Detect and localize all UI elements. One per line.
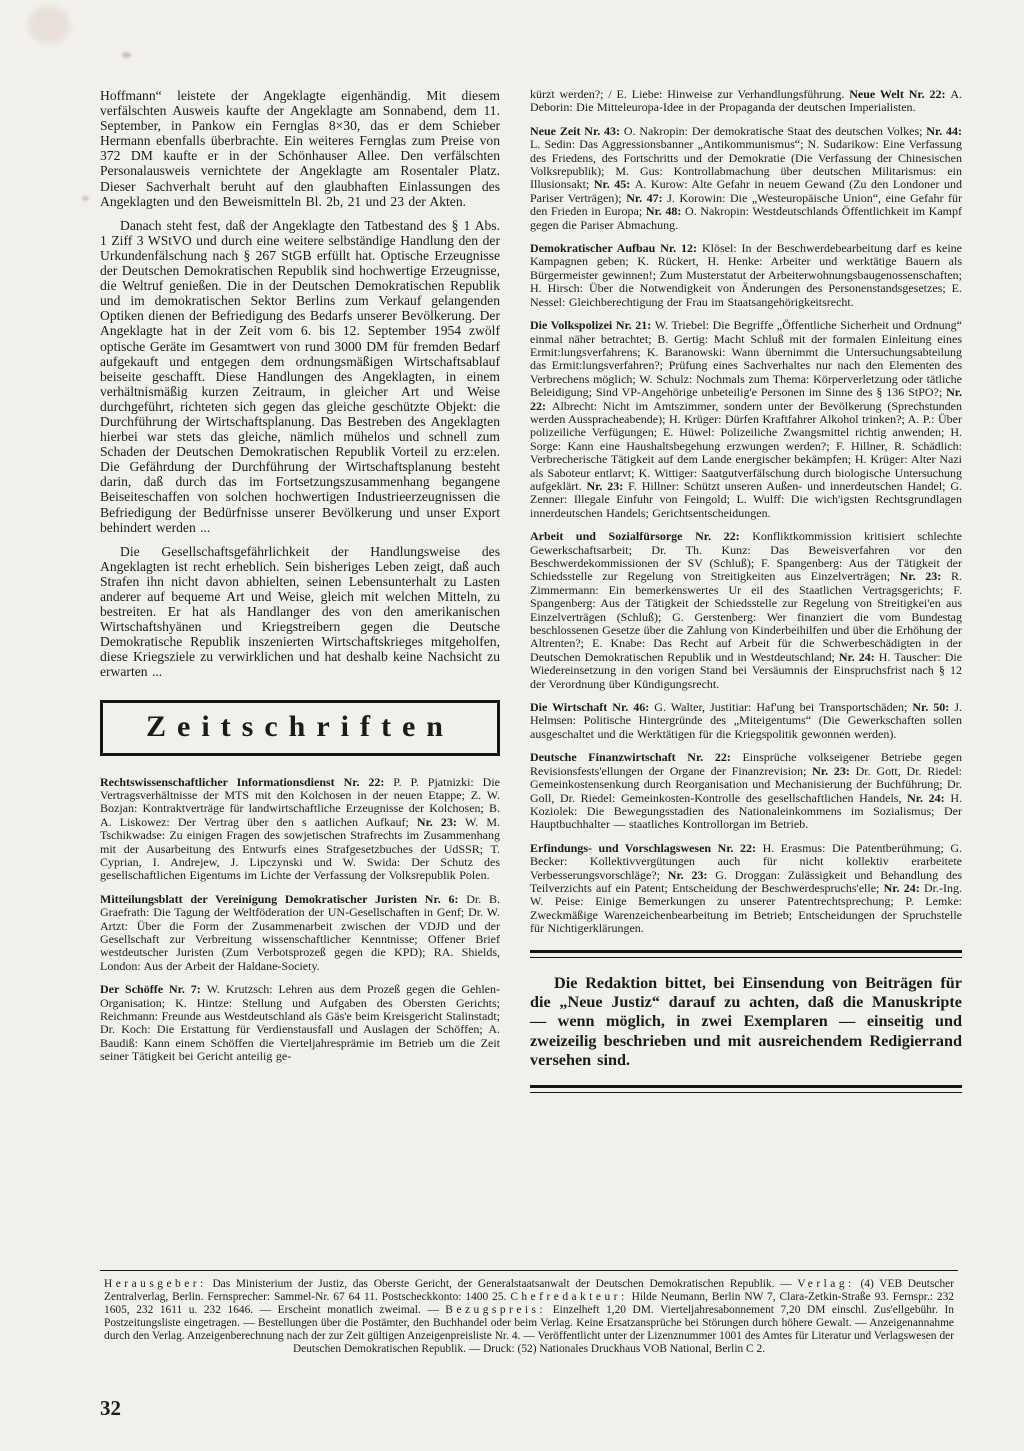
journal-entry: Mitteilungsblatt der Vereinigung Demokra…	[100, 893, 500, 973]
editorial-notice: Die Redaktion bittet, bei Einsendung von…	[530, 974, 962, 1071]
text-segment: Die Wirtschaft Nr. 46:	[530, 700, 654, 714]
journal-entry: Die Volkspolizei Nr. 21: W. Triebel: Die…	[530, 319, 962, 520]
journal-entry: Die Wirtschaft Nr. 46: G. Walter, Justit…	[530, 701, 962, 741]
right-column: kürzt werden?; / E. Liebe: Hinweise zur …	[530, 88, 962, 1093]
text-segment: Verlag:	[797, 1278, 854, 1290]
text-segment: G. Walter, Justitiar: Haf'ung bei Transp…	[654, 700, 912, 714]
journal-entries-right: kürzt werden?; / E. Liebe: Hinweise zur …	[530, 88, 962, 936]
text-segment: Die Volkspolizei Nr. 21:	[530, 318, 655, 332]
journal-page: Hoffmann“ leistete der Angeklagte eigenh…	[0, 0, 1024, 1451]
text-segment: Neue Zeit Nr. 43:	[530, 124, 624, 138]
text-segment: Nr. 50:	[912, 700, 954, 714]
text-segment: Nr. 24:	[907, 791, 950, 805]
section-title: Zeitschriften	[146, 710, 454, 743]
text-segment: Nr. 24:	[884, 881, 924, 895]
journal-entry: kürzt werden?; / E. Liebe: Hinweise zur …	[530, 88, 962, 115]
text-segment: Demokratischer Aufbau Nr. 12:	[530, 241, 702, 255]
scan-smudge	[122, 52, 131, 58]
journal-entry: Der Schöffe Nr. 7: W. Krutzsch: Lehren a…	[100, 983, 500, 1063]
journal-entry: Neue Zeit Nr. 43: O. Nakropin: Der demok…	[530, 125, 962, 232]
two-column-layout: Hoffmann“ leistete der Angeklagte eigenh…	[100, 88, 962, 1093]
judgment-paragraph: Hoffmann“ leistete der Angeklagte eigenh…	[100, 88, 500, 209]
judgment-text-block: Hoffmann“ leistete der Angeklagte eigenh…	[100, 88, 500, 680]
journal-entry: Rechtswissenschaftlicher Informationsdie…	[100, 776, 500, 883]
text-segment: Arbeit und Sozialfürsorge Nr. 22:	[530, 529, 752, 543]
text-segment: Nr. 23:	[668, 868, 716, 882]
text-segment: Nr. 45:	[594, 177, 635, 191]
zeitschriften-section-box: Zeitschriften	[100, 700, 500, 756]
imprint-rule	[100, 1270, 958, 1271]
text-segment: Der Schöffe Nr. 7:	[100, 982, 207, 996]
text-segment: Nr. 23:	[900, 569, 951, 583]
text-segment: Bezugspreis:	[445, 1304, 546, 1316]
text-segment: Neue Welt Nr. 22:	[849, 87, 950, 101]
text-segment: Nr. 23:	[812, 764, 855, 778]
text-segment: Chefredakteur:	[510, 1291, 627, 1303]
page-number: 32	[100, 1396, 121, 1421]
journal-entry: Deutsche Finanzwirtschaft Nr. 22: Einspr…	[530, 751, 962, 831]
text-segment: Nr. 44:	[926, 124, 962, 138]
divider-rule-bottom	[530, 1085, 962, 1093]
text-segment: Nr. 23:	[587, 479, 629, 493]
text-segment: Erfindungs- und Vorschlagswesen Nr. 22:	[530, 841, 763, 855]
text-segment: O. Nakropin: Der demokratische Staat des…	[624, 124, 926, 138]
journal-entry: Erfindungs- und Vorschlagswesen Nr. 22: …	[530, 842, 962, 936]
text-segment: Nr. 47:	[626, 191, 667, 205]
text-segment: Herausgeber:	[104, 1278, 207, 1290]
scan-smudge	[82, 196, 89, 201]
text-segment: Mitteilungsblatt der Vereinigung Demokra…	[100, 892, 466, 906]
text-segment: Nr. 24:	[839, 650, 879, 664]
left-column: Hoffmann“ leistete der Angeklagte eigenh…	[100, 88, 500, 1093]
journal-entry: Arbeit und Sozialfürsorge Nr. 22: Konfli…	[530, 530, 962, 691]
judgment-paragraph: Die Gesellschaftsgefährlichkeit der Hand…	[100, 544, 500, 680]
text-segment: Rechtswissenschaftlicher Informationsdie…	[100, 775, 393, 789]
text-segment: Deutsche Finanzwirtschaft Nr. 22:	[530, 750, 742, 764]
text-segment: Das Ministerium der Justiz, das Oberste …	[207, 1278, 798, 1290]
text-segment: Nr. 23:	[417, 815, 465, 829]
journal-entries-left: Rechtswissenschaftlicher Informationsdie…	[100, 776, 500, 1064]
judgment-paragraph: Danach steht fest, daß der Angeklagte de…	[100, 218, 500, 535]
text-segment: kürzt werden?; / E. Liebe: Hinweise zur …	[530, 87, 849, 101]
scan-smudge	[28, 6, 70, 44]
text-segment: Nr. 48:	[646, 204, 685, 218]
journal-entry: Demokratischer Aufbau Nr. 12: Klösel: In…	[530, 242, 962, 309]
divider-rule-top	[530, 950, 962, 958]
imprint-text: Herausgeber: Das Ministerium der Justiz,…	[104, 1278, 954, 1357]
